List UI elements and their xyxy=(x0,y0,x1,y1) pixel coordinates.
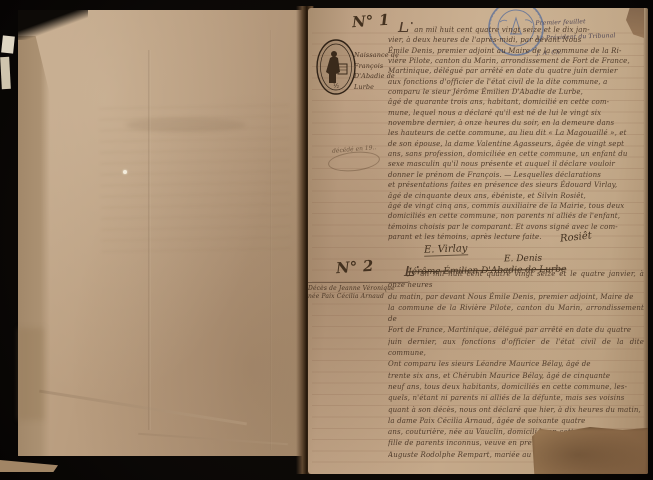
act1-number: N° 1 xyxy=(351,11,390,32)
paper-stain xyxy=(18,328,44,420)
signature-witness-1: E. Virlay xyxy=(424,243,468,257)
loose-paper-bit xyxy=(1,35,15,53)
page-crease xyxy=(39,390,247,426)
loose-paper-bit xyxy=(0,57,11,89)
paper-speck xyxy=(123,170,127,174)
repair-paper-patch xyxy=(532,426,648,474)
right-manuscript-page: Premier feuillet Le Président du Tribuna… xyxy=(308,8,648,474)
page-crease xyxy=(148,50,151,430)
page-corner-wedge xyxy=(0,457,58,472)
page-crease xyxy=(138,433,288,445)
signature-officer: E. Denis xyxy=(504,254,542,265)
left-page-top-fold xyxy=(18,10,88,40)
left-blank-page xyxy=(18,10,308,456)
svg-text:½: ½ xyxy=(333,83,339,90)
show-through-smudge xyxy=(126,118,246,132)
act1-body-text: L'an mil huit cent quatre vingt seize et… xyxy=(388,22,644,244)
scanned-register-spread: Premier feuillet Le Président du Tribuna… xyxy=(0,0,653,480)
revenue-stamp-icon: ½ xyxy=(315,38,357,96)
page-crease xyxy=(270,30,272,450)
act2-number: N° 2 xyxy=(335,257,374,278)
